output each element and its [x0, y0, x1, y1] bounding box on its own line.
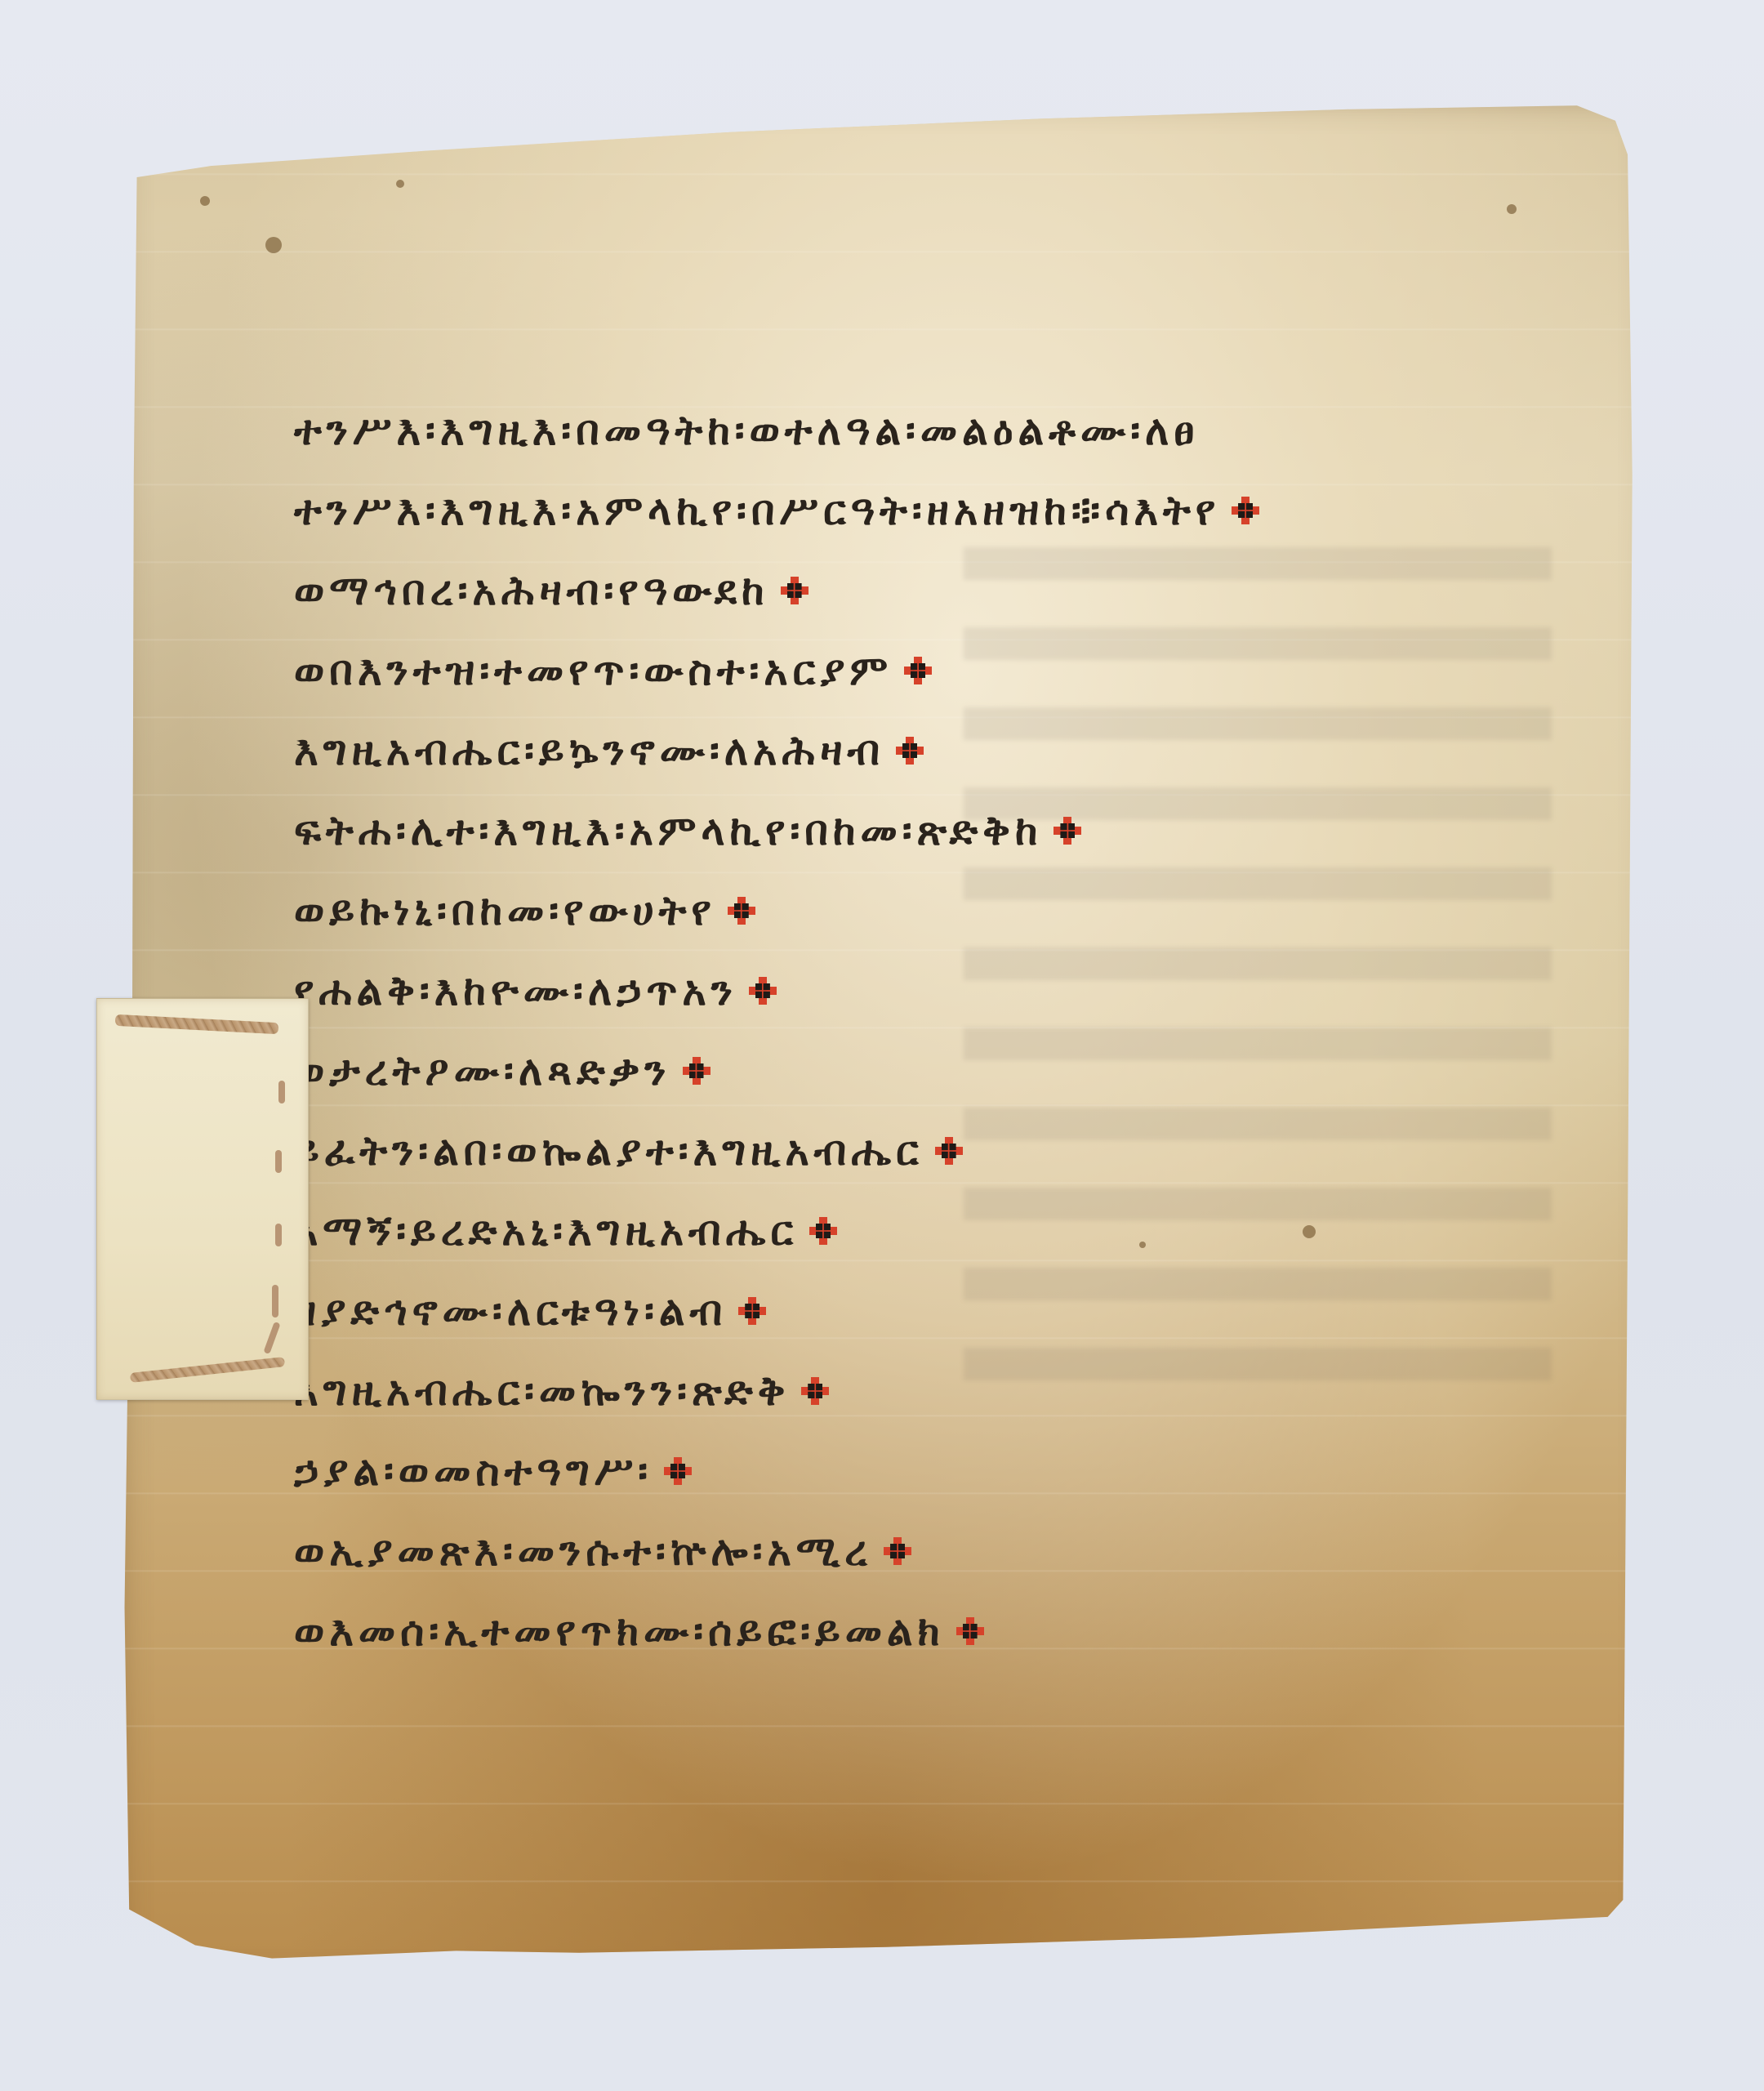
paper-repair-strip [96, 998, 309, 1400]
text-line: ዘያድኅኖሙ፡ለርቱዓነ፡ልብ [294, 1271, 1568, 1351]
line-text: አማኝ፡ይረድአኒ፡እግዚአብሔር [294, 1207, 798, 1255]
line-text: ወኢያመጽእ፡መንሱተ፡ኵሎ፡አሚረ [294, 1527, 872, 1576]
line-text: ወታረትዖሙ፡ለጻድቃን [294, 1047, 671, 1095]
rubric-cross-icon [935, 1137, 963, 1165]
text-line: አማኝ፡ይረድአኒ፡እግዚአብሔር [294, 1191, 1568, 1271]
line-text: ተንሥእ፡እግዚእ፡በመዓትከ፡ወተለዓል፡መልዕልቶሙ፡ለፀ [294, 407, 1199, 455]
text-line: እግዚአብሔር፡ይኴንኖሙ፡ለአሕዛብ [294, 711, 1568, 791]
stitch [275, 1150, 282, 1173]
rubric-cross-icon [896, 737, 924, 765]
line-text: ተንሥእ፡እግዚእ፡አምላኪየ፡በሥርዓት፡ዘአዘዝከ፨ሳእትየ [294, 487, 1220, 535]
text-line: ወታረትዖሙ፡ለጻድቃን [294, 1031, 1568, 1111]
text-line: ፍትሐ፡ሊተ፡እግዚእ፡አምላኪየ፡በከመ፡ጽድቅከ [294, 791, 1568, 871]
rubric-cross-icon [1053, 817, 1081, 845]
text-line: ተንሥእ፡እግዚእ፡በመዓትከ፡ወተለዓል፡መልዕልቶሙ፡ለፀ [294, 390, 1568, 470]
text-line: ወይኩነኒ፡በከመ፡የውሀትየ [294, 871, 1568, 951]
line-text: እግዚአብሔር፡ይኴንኖሙ፡ለአሕዛብ [294, 727, 884, 775]
rubric-cross-icon [749, 977, 777, 1005]
line-text: ፍትሐ፡ሊተ፡እግዚእ፡አምላኪየ፡በከመ፡ጽድቅከ [294, 807, 1042, 855]
text-line: ወማኅበረ፡አሕዛብ፡የዓውደከ [294, 551, 1568, 631]
stain [1507, 204, 1517, 214]
rubric-cross-icon [801, 1377, 829, 1405]
rubric-cross-icon [781, 577, 808, 604]
line-text: የሐልቅ፡እከዮሙ፡ለኃጥአን [294, 967, 737, 1015]
stain [396, 180, 404, 188]
text-line: ወበእንተዝ፡ተመየጥ፡ውስተ፡አርያም [294, 631, 1568, 711]
stitching-thread [130, 1357, 285, 1383]
rubric-cross-icon [1232, 497, 1259, 524]
rubric-cross-icon [956, 1617, 984, 1645]
line-text: ወበእንተዝ፡ተመየጥ፡ውስተ፡አርያም [294, 647, 893, 695]
line-text: ኃያል፡ወመስተዓግሥ፡ [294, 1447, 653, 1496]
line-text: ወይኩነኒ፡በከመ፡የውሀትየ [294, 887, 716, 935]
line-text: ይፈትን፡ልበ፡ወኰልያተ፡እግዚአብሔር [294, 1127, 924, 1175]
line-text: ወማኅበረ፡አሕዛብ፡የዓውደከ [294, 567, 769, 615]
line-text: ዘያድኅኖሙ፡ለርቱዓነ፡ልብ [294, 1287, 727, 1335]
rubric-cross-icon [904, 657, 932, 684]
stitch [275, 1224, 282, 1246]
stitching-thread [115, 1014, 278, 1034]
text-line: ተንሥእ፡እግዚእ፡አምላኪየ፡በሥርዓት፡ዘአዘዝከ፨ሳእትየ [294, 470, 1568, 551]
line-text: ወእመሰ፡ኢተመየጥክሙ፡ሰይፎ፡ይመልክ [294, 1607, 945, 1656]
text-line: ይፈትን፡ልበ፡ወኰልያተ፡እግዚአብሔር [294, 1111, 1568, 1191]
stitch [272, 1285, 278, 1317]
text-line: ወኢያመጽእ፡መንሱተ፡ኵሎ፡አሚረ [294, 1511, 1568, 1591]
rubric-cross-icon [738, 1297, 766, 1325]
rubric-cross-icon [683, 1057, 710, 1085]
rubric-cross-icon [728, 897, 755, 925]
rubric-cross-icon [664, 1457, 692, 1485]
text-line: ወእመሰ፡ኢተመየጥክሙ፡ሰይፎ፡ይመልክ [294, 1591, 1568, 1671]
text-line: እግዚአብሔር፡መኰንን፡ጽድቅ [294, 1351, 1568, 1431]
stain [200, 196, 210, 206]
manuscript-text: ተንሥእ፡እግዚእ፡በመዓትከ፡ወተለዓል፡መልዕልቶሙ፡ለፀ ተንሥእ፡እግዚ… [294, 390, 1568, 1671]
line-text: እግዚአብሔር፡መኰንን፡ጽድቅ [294, 1367, 790, 1416]
stitch [278, 1081, 285, 1103]
text-line: ኃያል፡ወመስተዓግሥ፡ [294, 1431, 1568, 1511]
stitch [263, 1322, 280, 1354]
rubric-cross-icon [884, 1537, 911, 1565]
rubric-cross-icon [809, 1217, 837, 1245]
stain [265, 237, 282, 253]
text-line: የሐልቅ፡እከዮሙ፡ለኃጥአን [294, 951, 1568, 1031]
